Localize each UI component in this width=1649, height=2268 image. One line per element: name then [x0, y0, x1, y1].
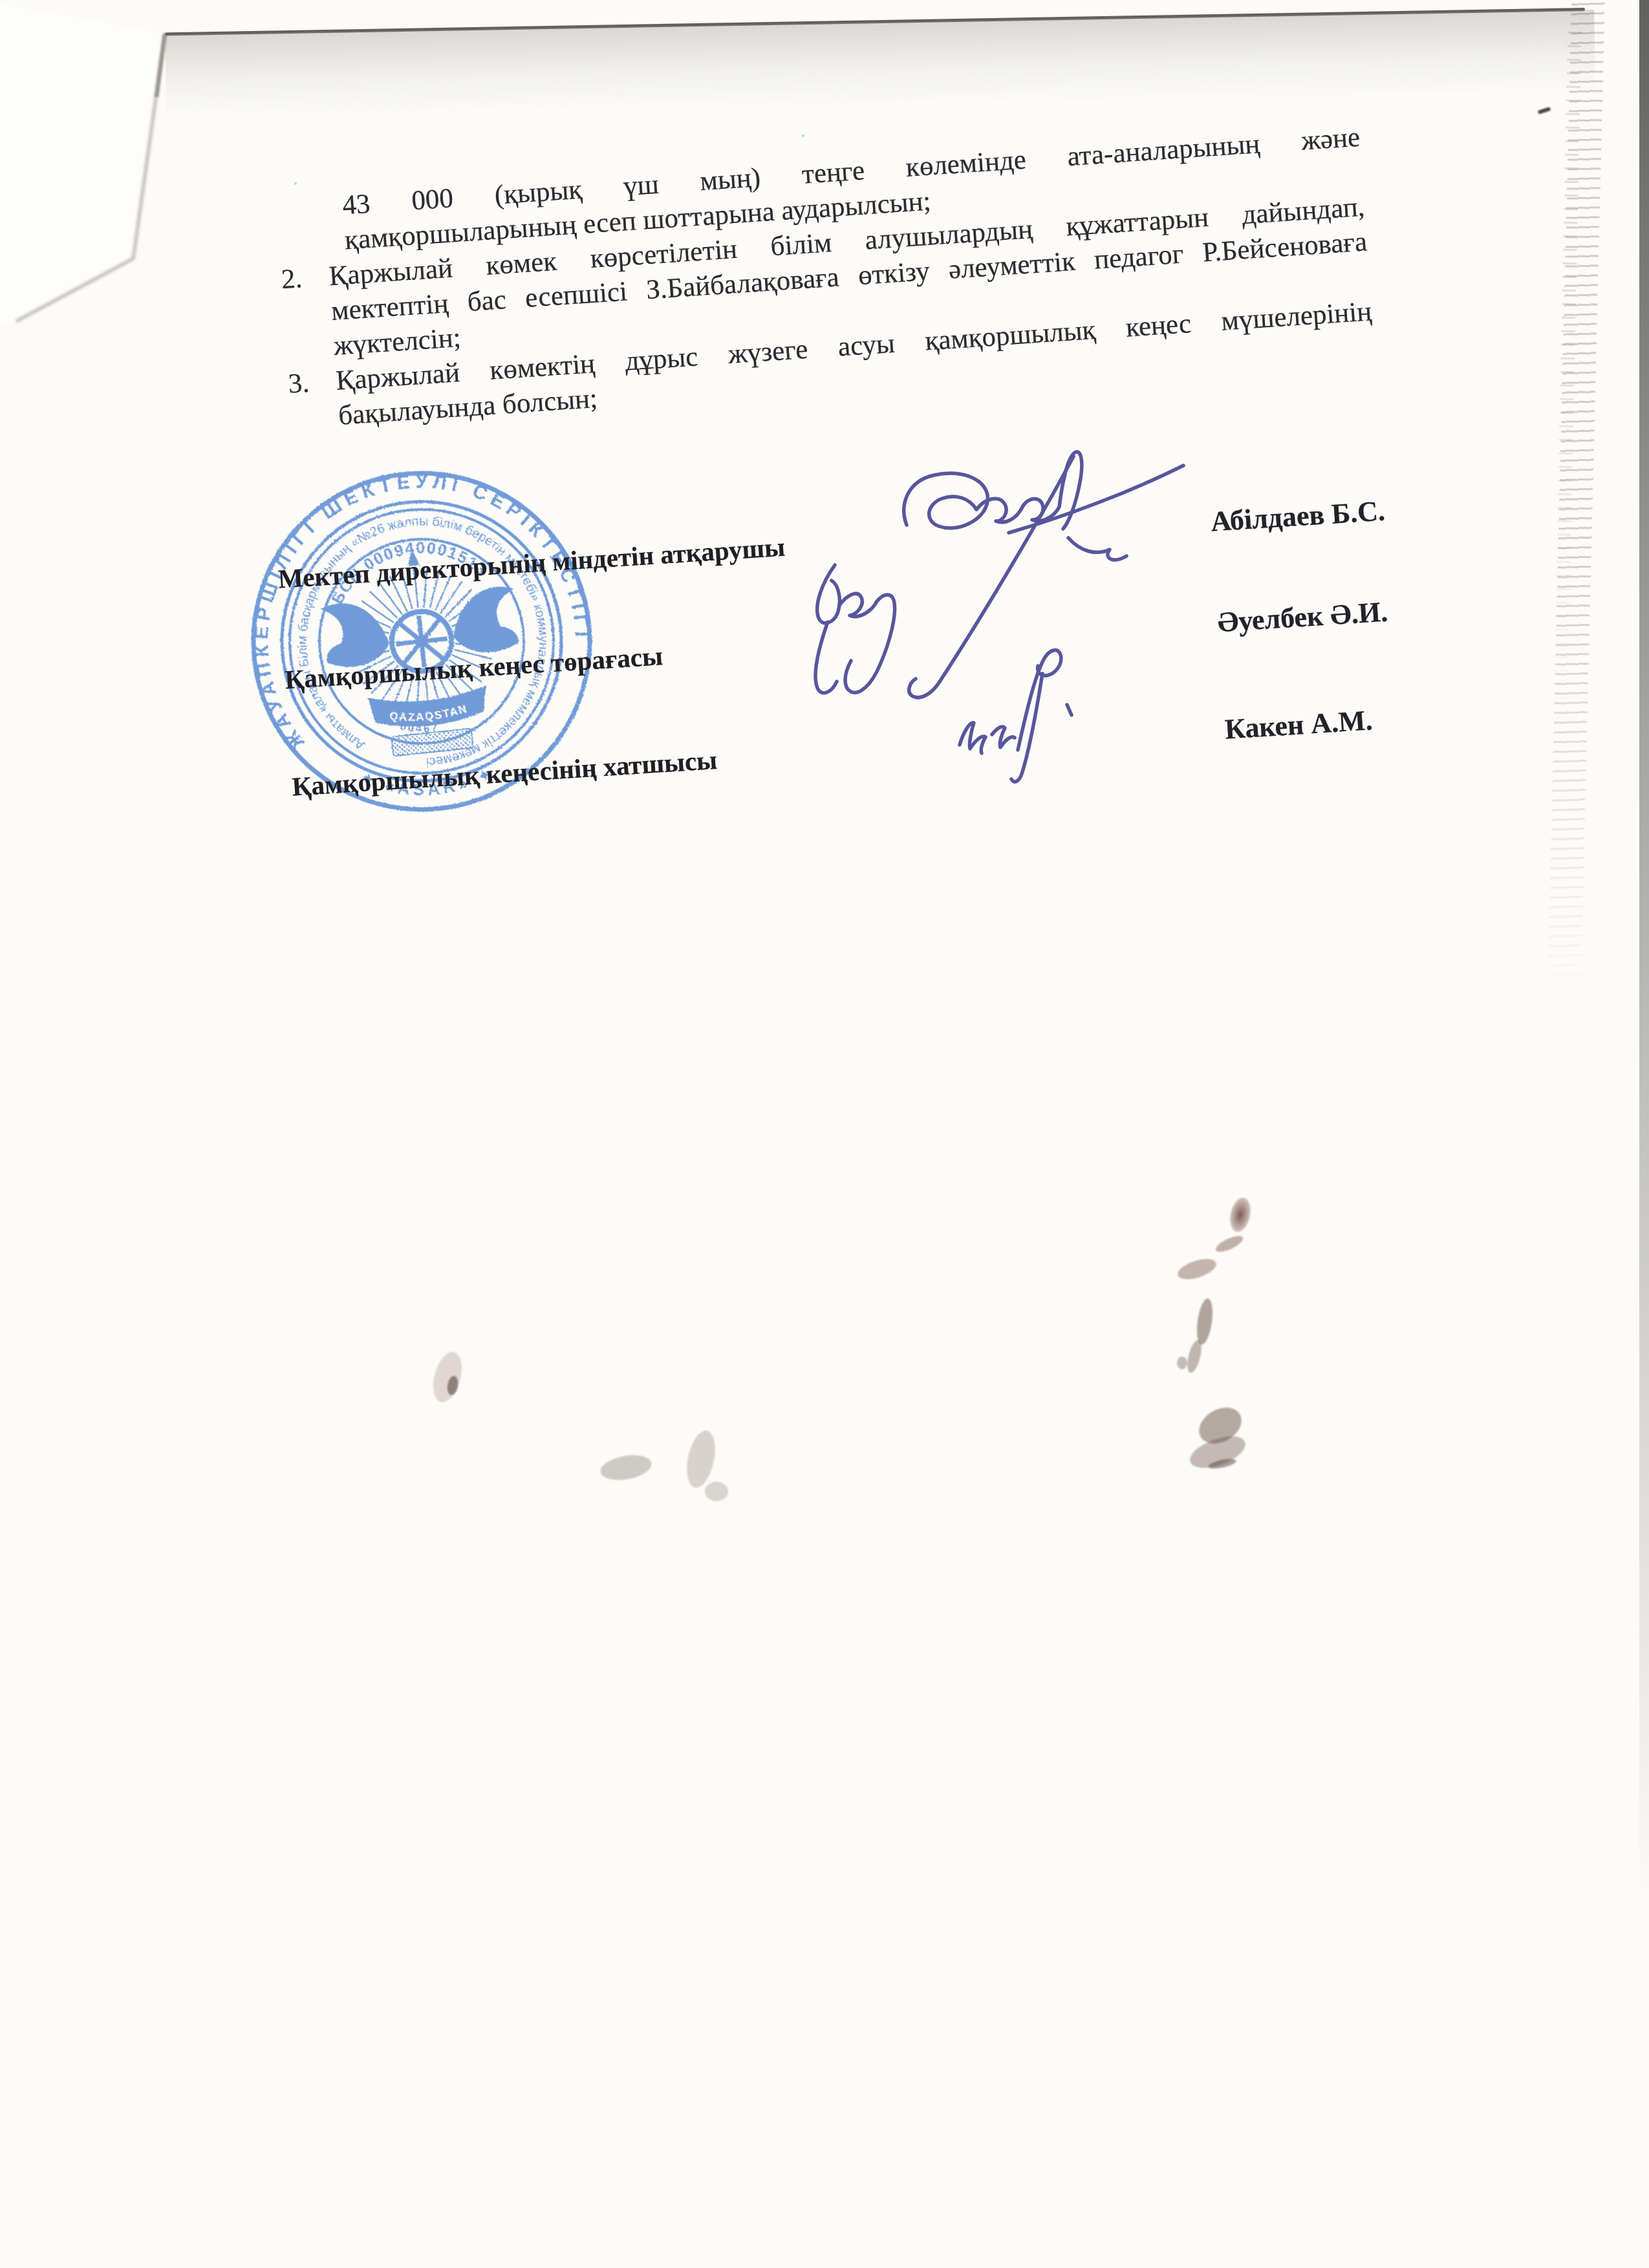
scanned-document-page: { "page": { "paper_color": "#fcfbf8", "t… — [0, 0, 1649, 2268]
scanner-speck — [514, 226, 517, 228]
signature-ink-chairman — [815, 565, 894, 693]
signature-ink-secretary — [960, 650, 1072, 782]
ink-signatures — [0, 0, 1649, 2268]
